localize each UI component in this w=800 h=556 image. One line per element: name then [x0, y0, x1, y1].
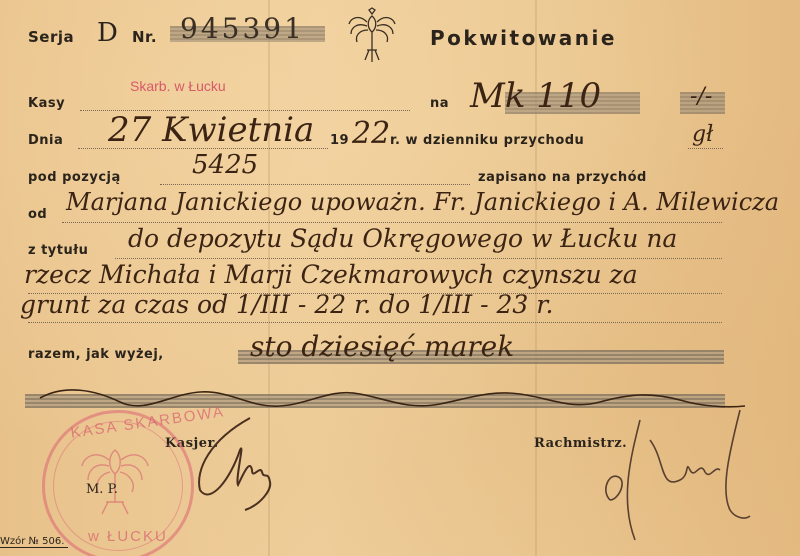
number-label: Nr.	[132, 28, 157, 46]
pozycja-line	[160, 184, 470, 185]
na-fraction-handwritten: -/-	[690, 84, 712, 109]
series-label: Serja	[28, 28, 74, 46]
document-title: Pokwitowanie	[430, 26, 617, 50]
od-label: od	[28, 207, 47, 222]
serial-number: 945391	[180, 12, 305, 45]
razem-handwritten: sto dziesięć marek	[250, 330, 514, 363]
tytul-label: z tytułu	[28, 243, 88, 258]
tytul-handwritten-line-3: grunt za czas od 1/III - 22 r. do 1/III …	[20, 290, 553, 319]
razem-label: razem, jak wyżej,	[28, 347, 164, 362]
zapisano-label: zapisano na przychód	[478, 170, 647, 185]
mp-label: M. P.	[86, 482, 118, 497]
red-office-stamp: Skarb. w Łucku	[130, 78, 226, 94]
receipt-document: Serja D Nr. 945391 Pokwitowanie Skarb. w…	[0, 0, 800, 556]
journal-line	[688, 148, 723, 149]
polish-eagle-icon	[345, 6, 400, 66]
na-label: na	[430, 96, 449, 111]
rachmistrz-signature	[590, 400, 770, 550]
tytul-line-3	[28, 322, 722, 323]
kasjer-signature	[190, 410, 290, 520]
form-number: Wzór № 506.	[0, 536, 68, 548]
journal-label: r. w dzienniku przychodu	[390, 133, 584, 148]
tytul-handwritten-line-2: rzecz Michała i Marji Czekmarowych czyns…	[24, 260, 638, 289]
pozycja-handwritten: 5425	[192, 150, 258, 180]
pozycja-label: pod pozycją	[28, 170, 121, 185]
na-amount-handwritten: Mk 110	[470, 76, 601, 116]
tytul-handwritten-line-1: do depozytu Sądu Okręgowego w Łucku na	[128, 224, 677, 253]
seal-text-bottom: w ŁUCKU	[88, 528, 168, 545]
dnia-handwritten: 27 Kwietnia	[108, 110, 314, 150]
journal-handwritten: gł	[692, 122, 713, 147]
year-prefix: 19	[330, 133, 349, 148]
kasy-label: Kasy	[28, 96, 65, 111]
dnia-label: Dnia	[28, 133, 63, 148]
od-handwritten: Marjana Janickiego upoważn. Fr. Janickie…	[66, 188, 779, 216]
tytul-line-1	[115, 258, 722, 259]
series-value: D	[97, 18, 118, 48]
year-handwritten: 22	[352, 116, 390, 151]
od-line	[62, 222, 722, 223]
